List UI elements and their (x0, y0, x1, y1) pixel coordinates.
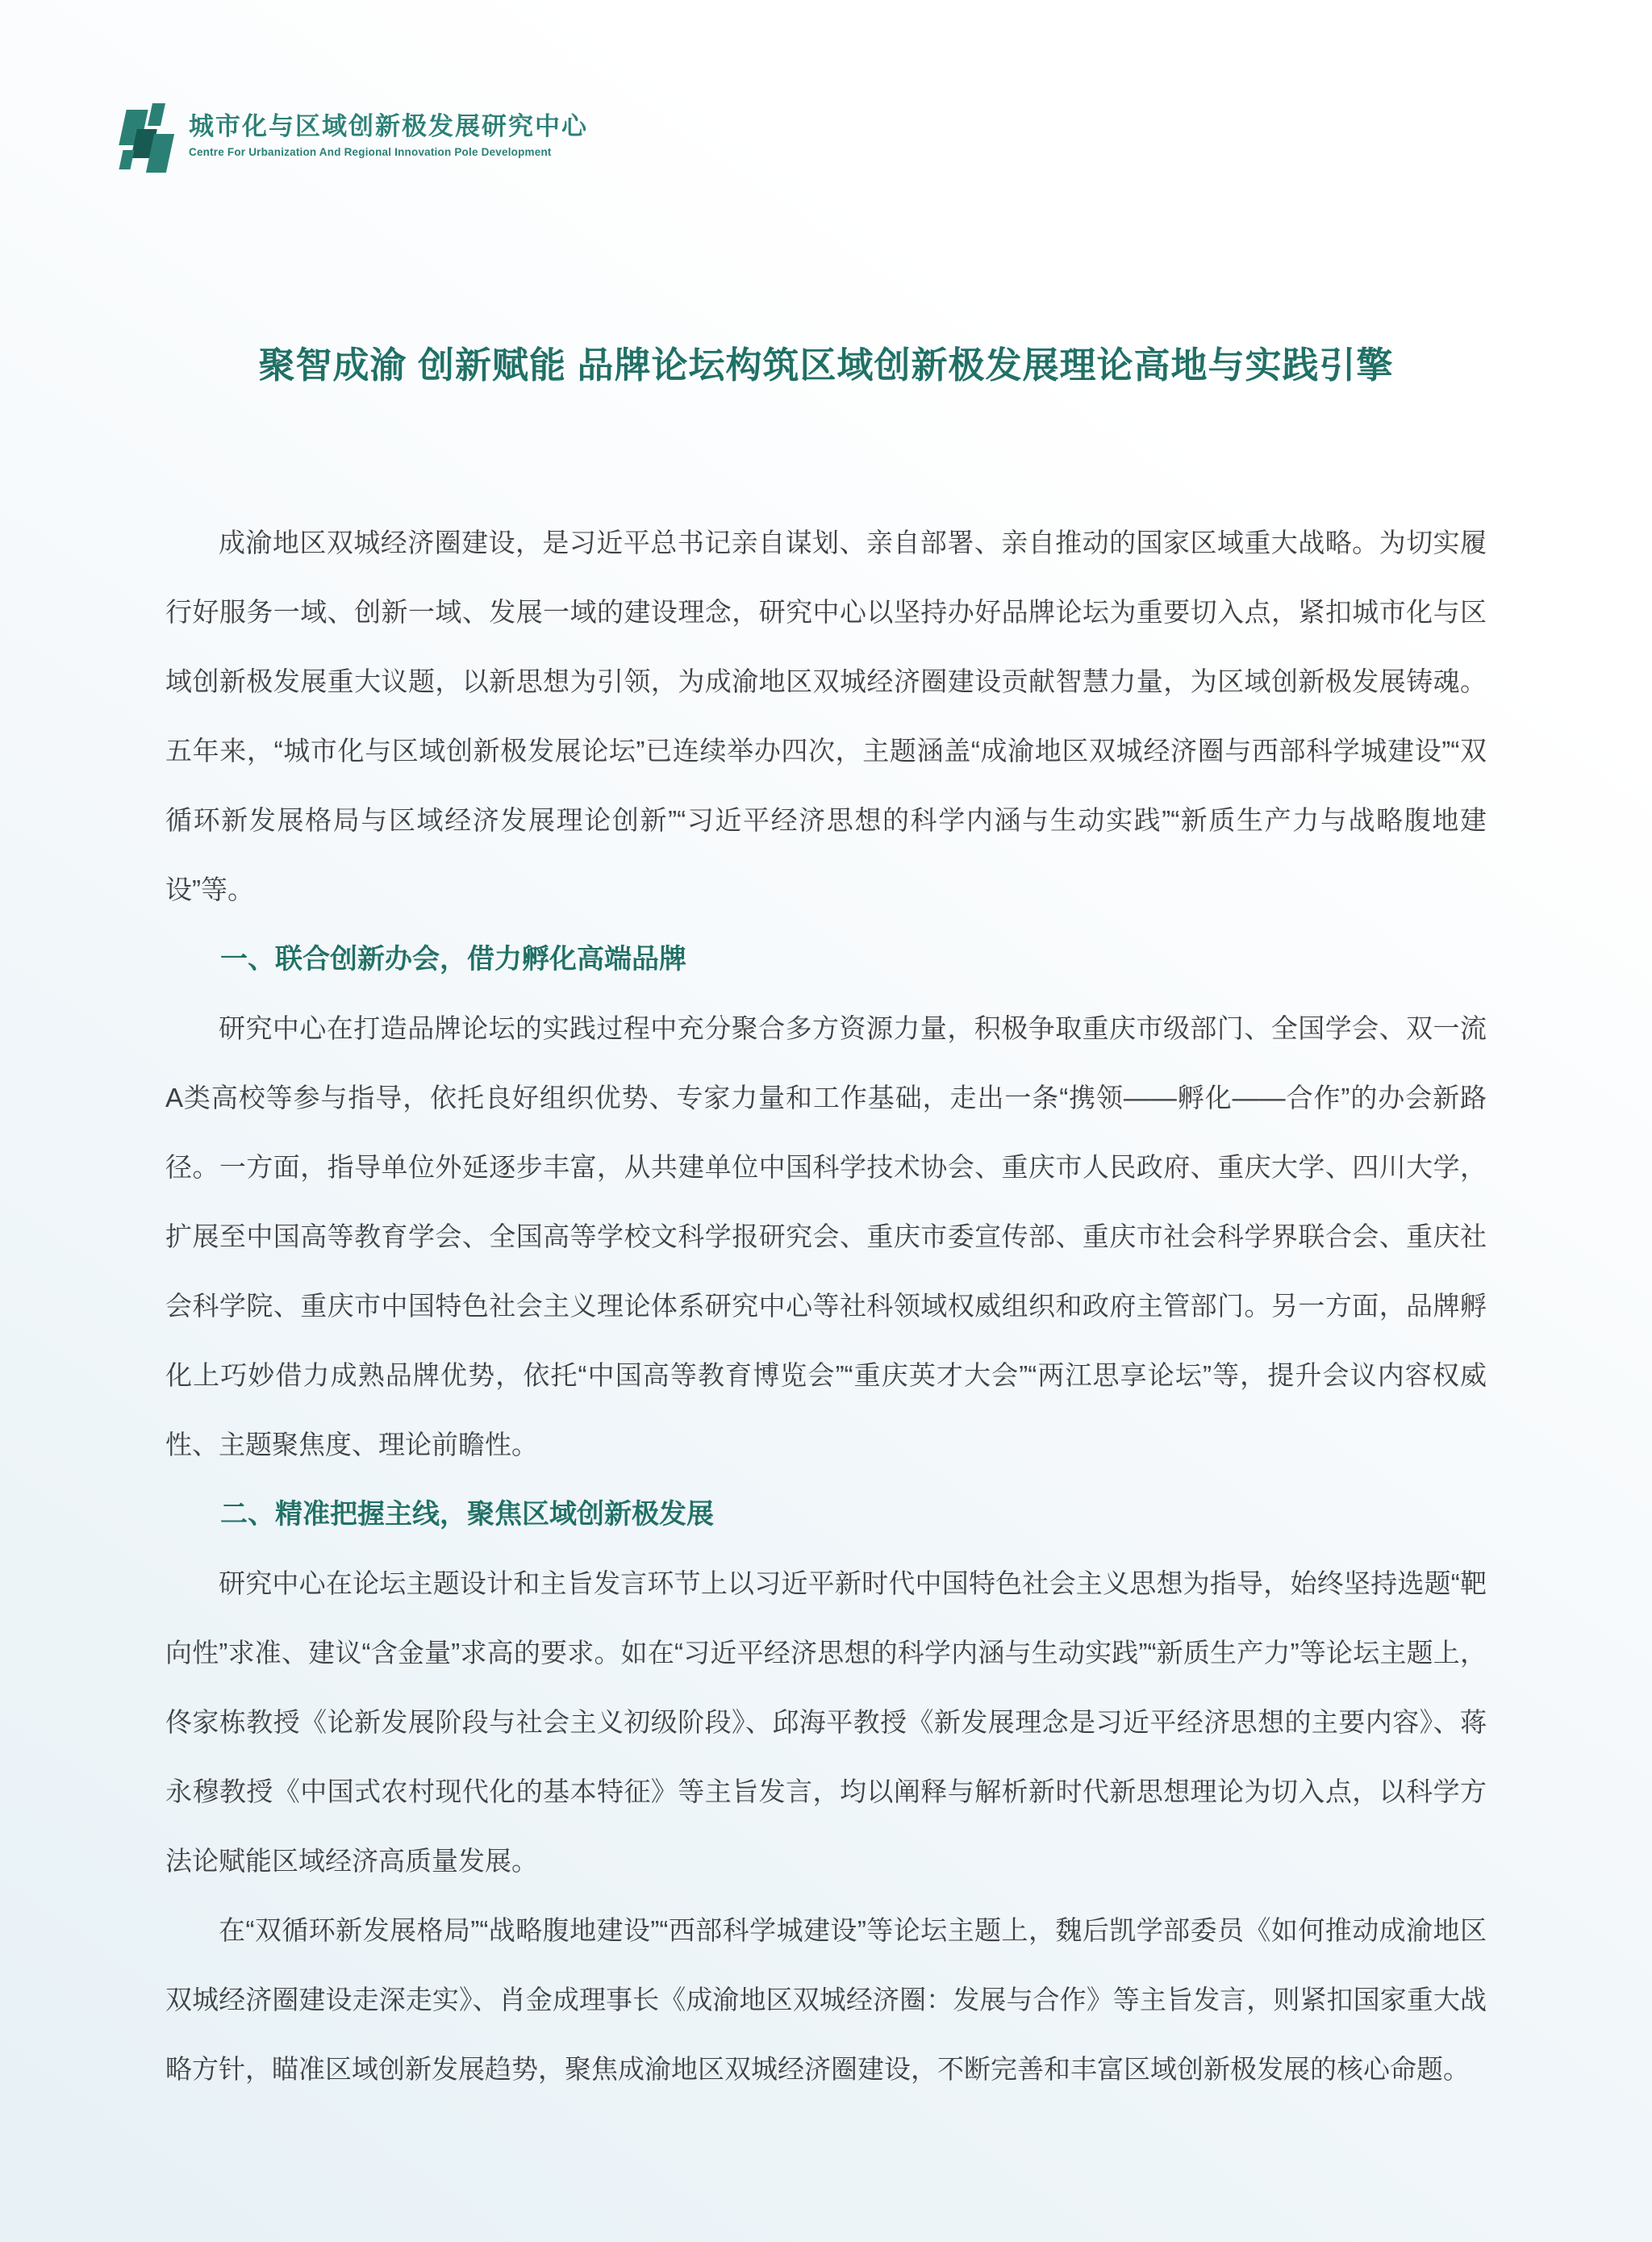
logo-shape (119, 150, 134, 169)
section-heading: 一、联合创新办会，借力孵化高端品牌 (165, 925, 1487, 994)
paragraph: 研究中心在打造品牌论坛的实践过程中充分聚合多方资源力量，积极争取重庆市级部门、全… (165, 994, 1487, 1480)
org-logo-mark-icon (119, 94, 173, 174)
org-name-chinese: 城市化与区域创新极发展研究中心 (189, 113, 588, 140)
org-logo-text: 城市化与区域创新极发展研究中心 Centre For Urbanization … (189, 94, 588, 158)
paragraph: 在“双循环新发展格局”“战略腹地建设”“西部科学城建设”等论坛主题上，魏后凯学部… (165, 1896, 1487, 2104)
logo-shape (148, 103, 165, 126)
article-title: 聚智成渝 创新赋能 品牌论坛构筑区域创新极发展理论高地与实践引擎 (165, 336, 1487, 388)
document-page: 城市化与区域创新极发展研究中心 Centre For Urbanization … (0, 0, 1652, 2242)
paragraph: 成渝地区双城经济圈建设，是习近平总书记亲自谋划、亲自部署、亲自推动的国家区域重大… (165, 508, 1487, 925)
paragraph: 研究中心在论坛主题设计和主旨发言环节上以习近平新时代中国特色社会主义思想为指导，… (165, 1549, 1487, 1896)
section-heading: 二、精准把握主线，聚焦区域创新极发展 (165, 1480, 1487, 1549)
org-name-english: Centre For Urbanization And Regional Inn… (189, 146, 588, 158)
org-logo: 城市化与区域创新极发展研究中心 Centre For Urbanization … (119, 94, 588, 174)
article-body: 成渝地区双城经济圈建设，是习近平总书记亲自谋划、亲自部署、亲自推动的国家区域重大… (165, 508, 1487, 2104)
